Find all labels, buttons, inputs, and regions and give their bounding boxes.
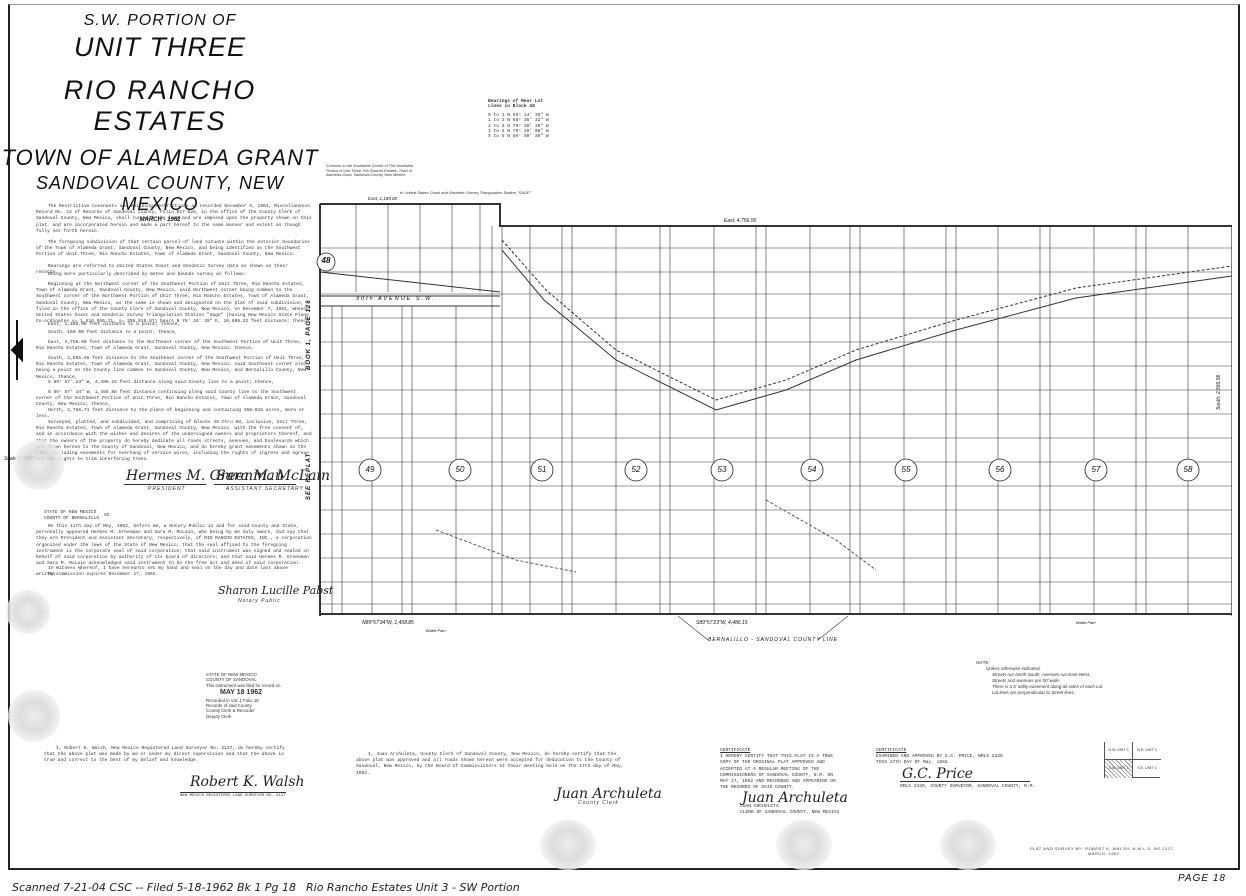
see-replat-label: SEE REPLAT bbox=[306, 453, 312, 500]
legal-para: The Restrictive Covenants and Building R… bbox=[36, 204, 312, 235]
corporate-seal bbox=[14, 440, 64, 490]
title-line-3: RIO RANCHO ESTATES bbox=[0, 75, 320, 137]
note-line: Lot lines are perpendicular to Street li… bbox=[992, 690, 1104, 696]
legal-para: East, 4,756.00 feet distance to the Nort… bbox=[36, 340, 312, 352]
copy-certificate: CERTIFICATE I HEREBY CERTIFY THAT THIS P… bbox=[720, 748, 840, 791]
stamp-date: MAY 18 1962 bbox=[220, 690, 280, 695]
key-sw-highlighted: S.W. UNIT 3 bbox=[1105, 760, 1133, 778]
asst-secretary-label: ASSISTANT SECRETARY bbox=[226, 486, 304, 492]
legal-para: South, 2,595.96 feet distance to the Sou… bbox=[36, 356, 312, 381]
block-number: 53 bbox=[713, 465, 731, 474]
block-number: 57 bbox=[1087, 465, 1105, 474]
clerk-seal bbox=[540, 820, 596, 870]
notary-commission: My commission expires December 17, 1962. bbox=[36, 572, 312, 578]
legal-para: The foregoing subdivision of that certai… bbox=[36, 240, 312, 259]
east-dimension: South, 2,595.96 bbox=[1216, 375, 1222, 410]
scan-info: Scanned 7-21-04 CSC -- Filed 5-18-1962 B… bbox=[12, 881, 296, 894]
block-number: 48 bbox=[317, 256, 335, 265]
surveyor-seal bbox=[940, 820, 996, 870]
notary-seal bbox=[6, 590, 50, 634]
bearing-row: 1 to 2 N 66° 35' 32" W bbox=[488, 118, 558, 123]
asst-secretary-signature: Sara M. McLain bbox=[216, 468, 330, 484]
credit-line: MARCH, 1962 bbox=[1088, 851, 1173, 856]
north-dimension-long: East, 4,756.00 bbox=[724, 218, 756, 224]
north-dimension-short: East, 1,189.00 bbox=[368, 196, 397, 201]
cert-text: I HEREBY CERTIFY THAT THIS PLAT IS A TRU… bbox=[720, 754, 840, 791]
county-surveyor-certificate: CERTIFICATE EXAMINED AND APPROVED BY G.C… bbox=[876, 748, 1046, 767]
stamp-line: Deputy Clerk bbox=[206, 714, 280, 719]
key-nw: N.W. UNIT 3 bbox=[1105, 742, 1133, 760]
bearings-title: Bearings of Rear Lot Lines in Block 48 bbox=[488, 99, 558, 110]
surveyor-signature: Robert K. Walsh bbox=[190, 774, 305, 790]
stamp-line: This instrument was filed for record on bbox=[206, 683, 280, 688]
copy-cert-label: JUAN ARCHULETA CLERK OF SANDOVAL COUNTY,… bbox=[740, 804, 839, 816]
legal-para: Surveyed, platted, and subdivided, and c… bbox=[36, 420, 312, 463]
legal-para: Beginning at the Northwest corner of the… bbox=[36, 282, 312, 325]
subdivision-map: 48 49 50 51 52 53 54 55 56 57 58 East, 1… bbox=[316, 200, 1232, 620]
block-number: 54 bbox=[803, 465, 821, 474]
legal-para: N 89° 57' 34" W, 1,458.85 feet distance … bbox=[36, 390, 312, 409]
legal-para: Being more particularly described by met… bbox=[36, 272, 312, 278]
block-number: 50 bbox=[451, 465, 469, 474]
title-line-2: UNIT THREE bbox=[0, 32, 320, 63]
south-dimension-west: N89°57'34"W, 1,458.85 bbox=[362, 620, 414, 626]
bearings-note: Bearings of Rear Lot Lines in Block 48 0… bbox=[488, 99, 558, 140]
document-title: Rio Rancho Estates Unit 3 - SW Portion bbox=[306, 881, 520, 894]
corner-reference-note: Common to the Southwest Corner of The No… bbox=[326, 164, 416, 178]
notary-ss: SS bbox=[104, 513, 110, 519]
legal-para: South, 160.00 feet distance to a point; … bbox=[36, 330, 312, 336]
plat-notes: NOTE: Unless otherwise indicated, Street… bbox=[976, 660, 1104, 696]
page-label: PAGE 18 bbox=[1178, 873, 1226, 884]
triangulation-station-note: to United States Coast and Geodetic Surv… bbox=[400, 190, 531, 195]
title-line-1: S.W. PORTION OF bbox=[0, 12, 320, 30]
block-number: 49 bbox=[361, 465, 379, 474]
block-number: 56 bbox=[991, 465, 1009, 474]
bridle-path-label: Bridle Path bbox=[1076, 620, 1096, 625]
key-ne: N.E. UNIT 3 bbox=[1133, 742, 1161, 760]
title-block: S.W. PORTION OF UNIT THREE RIO RANCHO ES… bbox=[0, 8, 320, 223]
copy-cert-seal bbox=[776, 820, 832, 870]
county-surveyor-label: NMLS 2430, COUNTY SURVEYOR, SANDOVAL COU… bbox=[900, 784, 1035, 790]
notary-label: Notary Public bbox=[238, 598, 281, 604]
key-map: N.W. UNIT 3 N.E. UNIT 3 S.W. UNIT 3 S.E.… bbox=[1104, 742, 1160, 778]
plat-credit: PLAT AND SURVEY BY: ROBERT K. WALSH, N.M… bbox=[1030, 846, 1173, 856]
bridle-path-label: Bridle Path bbox=[426, 628, 446, 633]
book-page-reference: BOOK 1, PAGE 126 bbox=[306, 299, 312, 370]
block-number: 51 bbox=[533, 465, 551, 474]
recording-stamp: STATE OF NEW MEXICO COUNTY OF SANDOVAL T… bbox=[206, 672, 280, 719]
title-line-4: TOWN OF ALAMEDA GRANT bbox=[0, 145, 320, 171]
bearing-row: 4 to 5 N 86° 50' 30" W bbox=[488, 134, 558, 139]
key-se: S.E. UNIT 3 bbox=[1133, 760, 1161, 778]
legal-para: East, 1,189.00 feet distance to a point;… bbox=[36, 322, 312, 328]
surveyor-label: NEW MEXICO REGISTERED LAND SURVEYOR NO. … bbox=[180, 792, 286, 799]
county-clerk-certificate: I, Juan Archuleta, County Clerk of Sando… bbox=[356, 752, 632, 777]
notary-county: COUNTY OF BERNALILLO bbox=[44, 516, 99, 522]
president-label: PRESIDENT bbox=[148, 486, 186, 492]
county-surveyor-signature: G.C. Price bbox=[902, 766, 973, 782]
county-seal bbox=[8, 690, 60, 742]
surveyor-certificate: I, Robert K. Walsh, New Mexico Registere… bbox=[44, 746, 290, 765]
county-line-label: BERNALILLO - SANDOVAL COUNTY LINE bbox=[708, 637, 838, 643]
block-number: 58 bbox=[1179, 465, 1197, 474]
notary-body: On this 11th day of May, 1962, before me… bbox=[36, 524, 312, 567]
avenue-label: 30th AVENUE S.W. bbox=[356, 296, 436, 302]
block-number: 52 bbox=[627, 465, 645, 474]
cert-label: CLERK OF SANDOVAL COUNTY, NEW MEXICO bbox=[740, 810, 839, 816]
county-clerk-label: County Clerk bbox=[578, 800, 619, 806]
lot-grid-drawing bbox=[316, 200, 1232, 640]
north-arrow-icon bbox=[10, 320, 24, 380]
legal-para: North, 2,756.71 feet distance to the pla… bbox=[36, 408, 312, 420]
legal-para: S 89° 57' 23" W, 4,486.15 feet distance … bbox=[36, 380, 312, 386]
block-number: 55 bbox=[897, 465, 915, 474]
